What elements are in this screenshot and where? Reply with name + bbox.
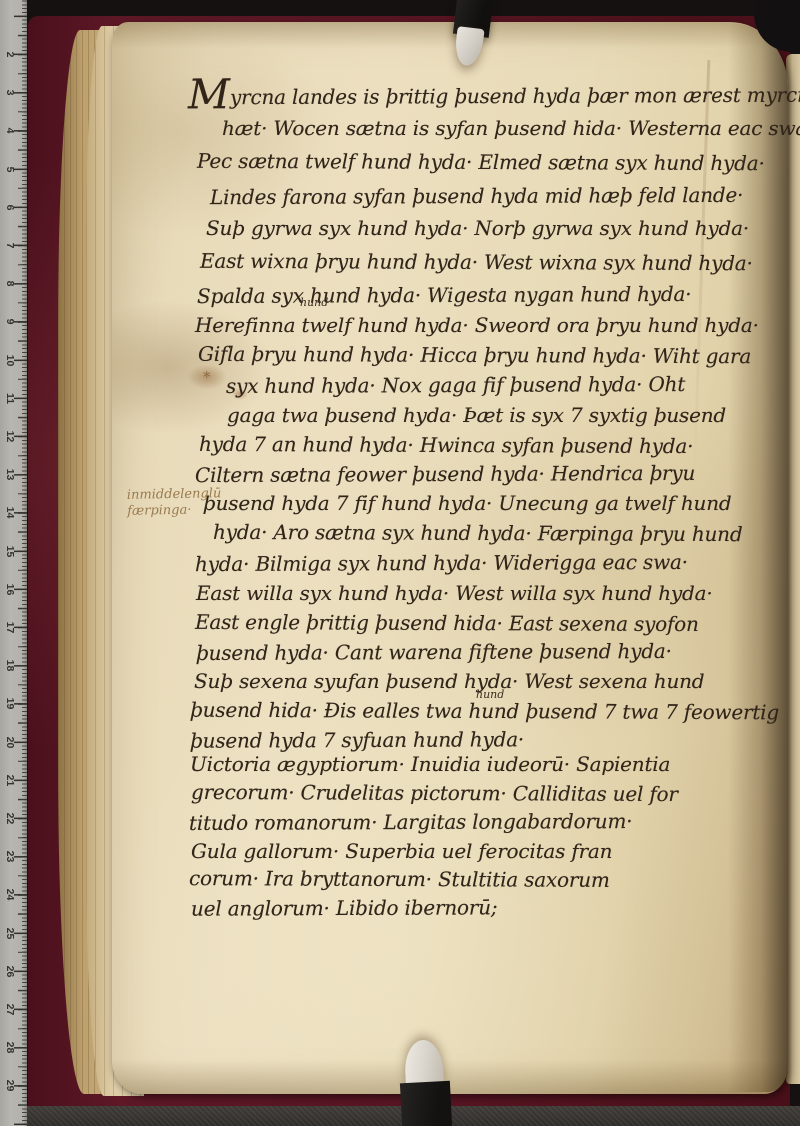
manuscript-line: þusend hyda· Cant warena fiftene þusend … — [196, 639, 672, 665]
manuscript-line-text: yrcna landes is þrittig þusend hyda þær … — [230, 83, 800, 110]
margin-mark: * — [203, 368, 211, 386]
manuscript-line: East engle þrittig þusend hida· East sex… — [195, 610, 699, 636]
manuscript-line: East willa syx hund hyda· West willa syx… — [196, 581, 712, 605]
ruler-number: 28 — [2, 1040, 17, 1055]
manuscript-line: Suþ sexena syufan þusend hyda· West sexe… — [194, 669, 704, 693]
margin-gloss: inmiddelenglū færpinga· — [127, 486, 222, 520]
manuscript-line: Suþ gyrwa syx hund hyda· Norþ gyrwa syx … — [206, 216, 749, 240]
ruler-number: 29 — [2, 1078, 17, 1093]
ruler-number: 13 — [2, 467, 17, 482]
ruler-number: 26 — [2, 964, 17, 979]
ruler-number: 9 — [2, 314, 17, 329]
manuscript-line: East wixna þryu hund hyda· West wixna sy… — [200, 249, 753, 275]
ruler-number: 25 — [2, 926, 17, 941]
ruler-number: 6 — [2, 200, 17, 215]
manuscript-line: hyda· Aro sætna syx hund hyda· Færpinga … — [213, 520, 743, 546]
manuscript-line: hyda· Bilmiga syx hund hyda· Widerigga e… — [195, 550, 688, 576]
manuscript-line: uel anglorum· Libido ibernorū; — [191, 895, 498, 920]
ruler-number: 3 — [2, 85, 17, 100]
book-weight-strap-top — [444, 0, 501, 77]
ruler-number: 27 — [2, 1002, 17, 1017]
ruler-number: 23 — [2, 849, 17, 864]
manuscript-line: Ciltern sætna feower þusend hyda· Hendri… — [195, 461, 695, 487]
ruler-number: 11 — [2, 391, 17, 406]
strap-band — [400, 1081, 452, 1126]
manuscript-line: gaga twa þusend hyda· Þæt is syx 7 syxti… — [227, 403, 726, 427]
manuscript-line: þusend hyda 7 fif hund hyda· Unecung ga … — [203, 491, 732, 515]
manuscript-line: Uictoria ægyptiorum· Inuidia iudeorū· Sa… — [190, 752, 670, 776]
manuscript-line: þusend hyda 7 syfuan hund hyda· — [190, 727, 524, 752]
ruler-number: 24 — [2, 887, 17, 902]
measuring-ruler: 2345678910111213141516171819202122232425… — [0, 0, 27, 1126]
ruler-number: 2 — [2, 47, 17, 62]
manuscript-line: hæt· Wocen sætna is syfan þusend hida· W… — [222, 116, 800, 140]
margin-gloss-line: færpinga· — [127, 502, 222, 520]
ruler-number: 10 — [2, 353, 17, 368]
manuscript-photograph: 2345678910111213141516171819202122232425… — [0, 0, 800, 1126]
manuscript-line: Lindes farona syfan þusend hyda mid hæþ … — [210, 183, 743, 209]
strap-metal-tip — [453, 26, 484, 67]
manuscript-line: titudo romanorum· Largitas longabardorum… — [189, 809, 632, 835]
ruler-number: 18 — [2, 658, 17, 673]
manuscript-line: grecorum· Crudelitas pictorum· Callidita… — [191, 780, 678, 806]
ruler-number: 16 — [2, 582, 17, 597]
ruler-number: 8 — [2, 276, 17, 291]
manuscript-line: syx hund hyda· Nox gaga fif þusend hyda·… — [226, 372, 685, 398]
ruler-number: 20 — [2, 735, 17, 750]
book-weight-strap-bottom — [396, 1039, 459, 1126]
ruler-number: 17 — [2, 620, 17, 635]
ruler-number: 5 — [2, 162, 17, 177]
margin-gloss-line: inmiddelenglū — [127, 486, 222, 504]
initial-letter: M — [188, 70, 230, 118]
ruler-number: 7 — [2, 238, 17, 253]
manuscript-line: Gifla þryu hund hyda· Hicca þryu hund hy… — [198, 342, 751, 368]
manuscript-line: þusend hida· Ðis ealles twa hund þusend … — [190, 698, 779, 725]
ruler-number: 21 — [2, 773, 17, 788]
ruler-number: 4 — [2, 123, 17, 138]
manuscript-line: Herefinna twelf hund hyda· Sweord ora þr… — [195, 313, 759, 337]
ruler-number: 22 — [2, 811, 17, 826]
manuscript-line: corum· Ira bryttanorum· Stultitia saxoru… — [189, 866, 610, 892]
ruler-number: 15 — [2, 544, 17, 559]
ruler-number: 14 — [2, 505, 17, 520]
ruler-number: 19 — [2, 696, 17, 711]
manuscript-line: hyda 7 an hund hyda· Hwinca syfan þusend… — [199, 432, 693, 458]
interlinear-addition: hund — [476, 688, 504, 701]
manuscript-line: Pec sætna twelf hund hyda· Elmed sætna s… — [197, 149, 765, 175]
manuscript-line: Myrcna landes is þrittig þusend hyda þær… — [188, 82, 800, 110]
interlinear-addition: hund — [300, 296, 328, 309]
facing-page-edge — [786, 54, 800, 1084]
manuscript-line: Spalda syx hund hyda· Wigesta nygan hund… — [197, 282, 691, 308]
manuscript-line: Gula gallorum· Superbia uel ferocitas fr… — [191, 839, 612, 863]
ruler-number: 12 — [2, 429, 17, 444]
